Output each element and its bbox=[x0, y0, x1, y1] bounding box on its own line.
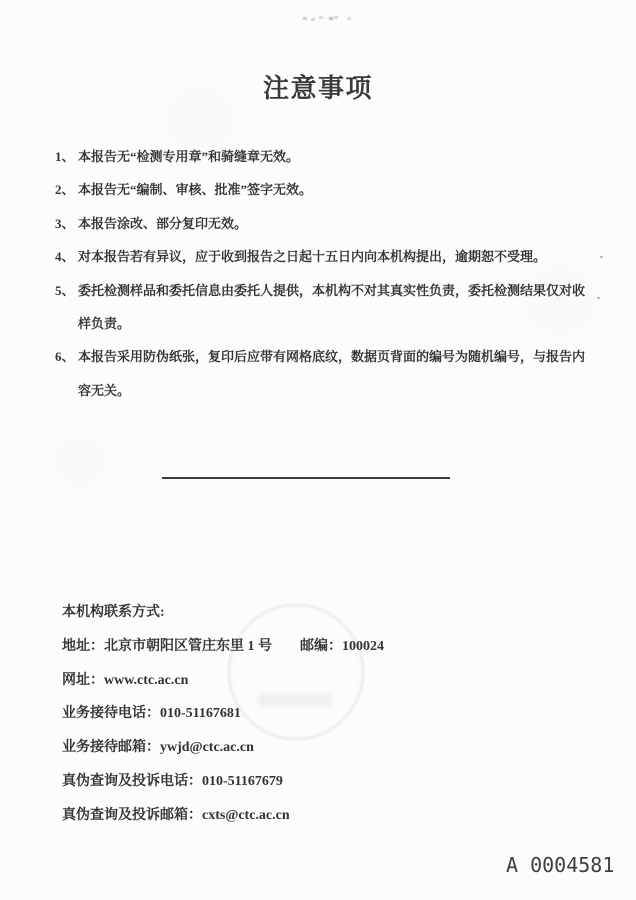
contact-line-verify-email: 真伪查询及投诉邮箱：cxts@ctc.ac.cn bbox=[62, 799, 384, 833]
contact-line-website: 网址：www.ctc.ac.cn bbox=[62, 664, 384, 698]
verify-phone-label: 真伪查询及投诉电话： bbox=[62, 774, 202, 789]
note-number: 1、 bbox=[55, 140, 78, 173]
note-number: 6、 bbox=[55, 340, 78, 373]
note-text: 委托检测样品和委托信息由委托人提供，本机构不对其真实性负责，委托检测结果仅对收样… bbox=[78, 283, 585, 331]
notes-list: 1、本报告无“检测专用章”和骑缝章无效。 2、本报告无“编制、审核、批准”签字无… bbox=[55, 140, 588, 407]
note-item-2: 2、本报告无“编制、审核、批准”签字无效。 bbox=[55, 173, 588, 206]
phone-value: 010-51167681 bbox=[160, 706, 241, 721]
page-title: 注意事项 bbox=[18, 68, 618, 105]
note-number: 4、 bbox=[55, 240, 78, 273]
note-item-6: 6、本报告采用防伪纸张，复印后应带有网格底纹，数据页背面的编号为随机编号，与报告… bbox=[55, 340, 588, 407]
note-item-3: 3、本报告涂改、部分复印无效。 bbox=[55, 207, 588, 240]
phone-label: 业务接待电话： bbox=[62, 706, 160, 721]
note-text: 本报告涂改、部分复印无效。 bbox=[78, 216, 247, 231]
website-value: www.ctc.ac.cn bbox=[104, 673, 188, 688]
email-label: 业务接待邮箱： bbox=[62, 740, 160, 755]
contact-section: 本机构联系方式: 地址：北京市朝阳区管庄东里 1 号邮编：100024 网址：w… bbox=[62, 596, 384, 833]
website-label: 网址： bbox=[62, 673, 104, 688]
verify-email-label: 真伪查询及投诉邮箱： bbox=[62, 808, 202, 823]
scan-speck bbox=[597, 297, 600, 299]
contact-line-verify-phone: 真伪查询及投诉电话：010-51167679 bbox=[62, 765, 384, 799]
note-item-5: 5、委托检测样品和委托信息由委托人提供，本机构不对其真实性负责，委托检测结果仅对… bbox=[55, 274, 588, 341]
scanned-report-notes-page: 注意事项 1、本报告无“检测专用章”和骑缝章无效。 2、本报告无“编制、审核、批… bbox=[0, 0, 636, 900]
serial-number-stamp: A 0004581 bbox=[506, 853, 614, 877]
note-text: 对本报告若有异议，应于收到报告之日起十五日内向本机构提出，逾期恕不受理。 bbox=[78, 249, 546, 264]
note-text: 本报告无“检测专用章”和骑缝章无效。 bbox=[78, 149, 299, 164]
note-number: 5、 bbox=[55, 274, 78, 307]
address-label: 地址： bbox=[62, 639, 104, 654]
note-text: 本报告采用防伪纸张，复印后应带有网格底纹，数据页背面的编号为随机编号，与报告内容… bbox=[78, 349, 585, 397]
contact-line-email: 业务接待邮箱：ywjd@ctc.ac.cn bbox=[62, 731, 384, 765]
scan-speck bbox=[600, 256, 603, 258]
scan-smudge-artifact bbox=[303, 17, 307, 20]
divider-line bbox=[162, 477, 450, 479]
postcode-value: 100024 bbox=[342, 639, 384, 654]
note-number: 2、 bbox=[55, 173, 78, 206]
note-text: 本报告无“编制、审核、批准”签字无效。 bbox=[78, 182, 312, 197]
email-value: ywjd@ctc.ac.cn bbox=[160, 740, 254, 755]
contact-line-phone: 业务接待电话：010-51167681 bbox=[62, 697, 384, 731]
contact-heading: 本机构联系方式: bbox=[62, 596, 384, 630]
note-number: 3、 bbox=[55, 207, 78, 240]
note-item-4: 4、对本报告若有异议，应于收到报告之日起十五日内向本机构提出，逾期恕不受理。 bbox=[55, 240, 588, 273]
verify-email-value: cxts@ctc.ac.cn bbox=[202, 808, 290, 823]
contact-line-address: 地址：北京市朝阳区管庄东里 1 号邮编：100024 bbox=[62, 630, 384, 664]
note-item-1: 1、本报告无“检测专用章”和骑缝章无效。 bbox=[55, 140, 588, 173]
postcode-label: 邮编： bbox=[300, 639, 342, 654]
verify-phone-value: 010-51167679 bbox=[202, 774, 283, 789]
address-value: 北京市朝阳区管庄东里 1 号 bbox=[104, 639, 272, 654]
